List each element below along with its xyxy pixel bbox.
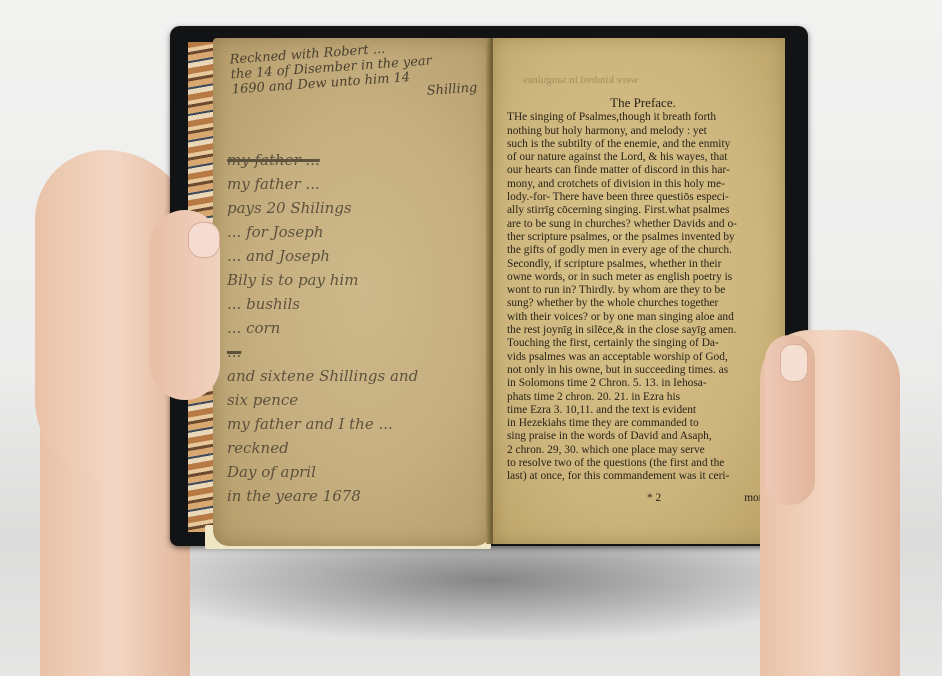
hand-line: ... corn [227, 316, 482, 340]
text-line: sing praise in the words of David and As… [507, 430, 779, 443]
signature-mark: * 2 [647, 492, 661, 504]
text-line: not only in his owne, but in succeeding … [507, 364, 779, 377]
text-line: of our nature against the Lord, & his wa… [507, 151, 779, 164]
text-line: vids psalmes was an acceptable worship o… [507, 351, 779, 364]
text-line: Touching the first, certainly the singin… [507, 337, 779, 350]
text-line: THe singing of Psalmes,though it breath … [507, 111, 779, 124]
text-line: Secondly, if scripture psalmes, whether … [507, 258, 779, 271]
text-line: in Solomons time 2 Chron. 5. 13. in Ieho… [507, 377, 779, 390]
text-line: time Ezra 3. 10,11. and the text is evid… [507, 404, 779, 417]
right-page-preface: were kindred in sanguines The Preface. T… [493, 38, 785, 544]
text-line: with their voices? or by one man singing… [507, 311, 779, 324]
text-line: phats time 2 chron. 20. 21. in Ezra his [507, 391, 779, 404]
handwritten-note-top: Reckned with Robert ... the 14 of Disemb… [229, 38, 478, 112]
preface-text: The Preface. THe singing of Psalmes,thou… [507, 96, 779, 484]
hand-line: ... bushils [227, 292, 482, 316]
hand-line: Day of april [227, 460, 482, 484]
right-thumbnail [780, 344, 808, 382]
hand-line: ... for Joseph [227, 220, 482, 244]
text-line: in Hezekiahs time they are commanded to [507, 417, 779, 430]
hand-line: Bily is to pay him [227, 268, 482, 292]
handwritten-note-body: my father ... my father ... pays 20 Shil… [227, 148, 482, 508]
show-through-text: were kindred in sanguines [523, 74, 638, 86]
text-line: sung? whether by the whole churches toge… [507, 297, 779, 310]
hand-line: my father ... [227, 148, 482, 172]
text-line: owne words, or in such meter as english … [507, 271, 779, 284]
text-line: ally stirrīg cōcerning singing. First.wh… [507, 204, 779, 217]
left-thumbnail [188, 222, 220, 258]
hand-line: reckned [227, 436, 482, 460]
hand-line: ... [227, 340, 482, 364]
text-line: our hearts can finde matter of discord i… [507, 164, 779, 177]
text-line: to resolve two of the questions (the fir… [507, 457, 779, 470]
hand-line: and sixtene Shillings and [227, 364, 482, 388]
text-line: are to be sung in churches? whether Davi… [507, 218, 779, 231]
hand-line: my father and I the ... [227, 412, 482, 436]
hand-line: my father ... [227, 172, 482, 196]
text-line: mony, and crotchets of division in this … [507, 178, 779, 191]
preface-title: The Preface. [507, 96, 779, 109]
text-line: the rest joynīg in silēce,& in the close… [507, 324, 779, 337]
text-line: 2 chron. 29, 30. which one place may ser… [507, 444, 779, 457]
text-line: wont to run in? Thirdly. by whom are the… [507, 284, 779, 297]
hand-line: ... and Joseph [227, 244, 482, 268]
hand-line: pays 20 Shilings [227, 196, 482, 220]
text-line: ther scripture psalmes, or the psalmes i… [507, 231, 779, 244]
text-line: lody.-for- There have been three questiō… [507, 191, 779, 204]
left-page-manuscript: Reckned with Robert ... the 14 of Disemb… [213, 38, 491, 546]
text-line: the gifts of godly men in every age of t… [507, 244, 779, 257]
text-line: last) at once, for this commandement was… [507, 470, 779, 483]
hand-line: in the yeare 1678 [227, 484, 482, 508]
text-line: such is the subtilty of the enemie, and … [507, 138, 779, 151]
text-line: nothing but holy harmony, and melody : y… [507, 125, 779, 138]
hand-line: six pence [227, 388, 482, 412]
